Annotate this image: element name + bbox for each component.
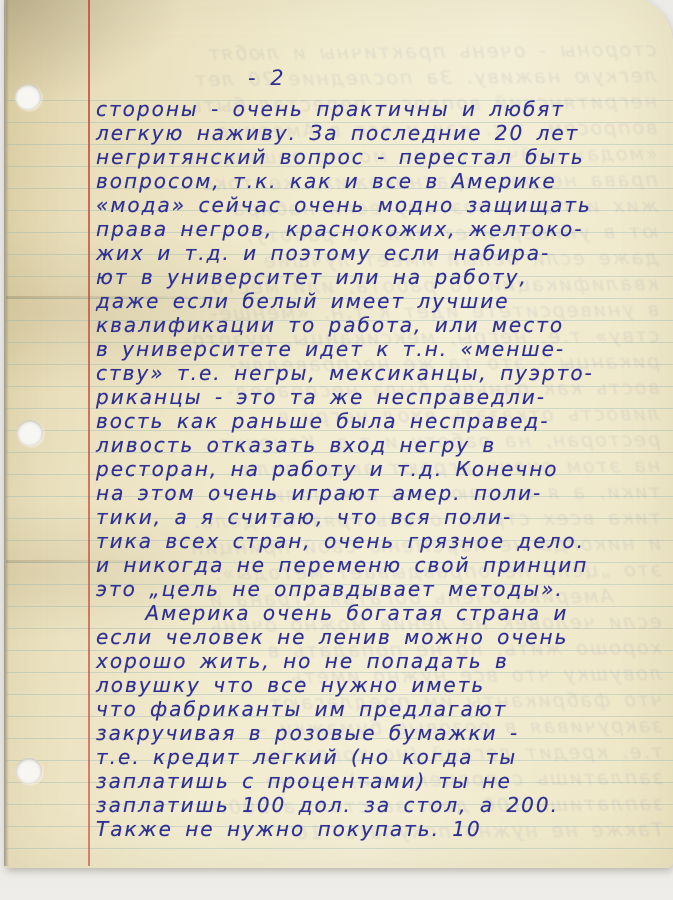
scanned-letter: стороны - очень практичны и любятлегкую … (0, 0, 673, 900)
handwritten-line: закручивая в розовые бумажки - (96, 722, 668, 746)
handwritten-line: на этом очень играют амер. поли- (96, 482, 668, 506)
handwritten-line: ют в университет или на работу, (96, 266, 668, 290)
handwritten-line: хорошо жить, но не попадать в (96, 650, 668, 674)
handwritten-line: заплатишь с процентами) ты не (96, 770, 668, 794)
handwritten-line: т.е. кредит легкий (но когда ты (96, 746, 668, 770)
handwritten-line: тика всех стран, очень грязное дело. (96, 530, 668, 554)
handwritten-line: права негров, краснокожих, желтоко- (96, 218, 668, 242)
handwritten-line: это „цель не оправдывает методы». (96, 578, 668, 602)
handwritten-line: что фабриканты им предлагают (96, 698, 668, 722)
handwritten-line: ловушку что все нужно иметь (96, 674, 668, 698)
handwritten-line: тики, а я считаю, что вся поли- (96, 506, 668, 530)
handwritten-line: легкую наживу. За последние 20 лет (96, 122, 668, 146)
handwritten-line: риканцы - это та же несправедли- (96, 386, 668, 410)
handwritten-line: если человек не ленив можно очень (96, 626, 668, 650)
handwritten-line: ливость отказать вход негру в (96, 434, 668, 458)
handwritten-line: Америка очень богатая страна и (96, 602, 668, 626)
handwritten-line: квалификации то работа, или место (96, 314, 668, 338)
handwriting-block: стороны - очень практичны и любятлегкую … (96, 98, 668, 842)
scanner-background (0, 866, 673, 900)
handwritten-line: в университете идет к т.н. «менше- (96, 338, 668, 362)
handwritten-line: Также не нужно покупать. 10 (96, 818, 668, 842)
page-number: - 2 (248, 66, 288, 90)
handwritten-line: ресторан, на работу и т.д. Конечно (96, 458, 668, 482)
handwritten-line: даже если белый имеет лучшие (96, 290, 668, 314)
handwritten-line: заплатишь 100 дол. за стол, а 200. (96, 794, 668, 818)
handwritten-line: «мода» сейчас очень модно защищать (96, 194, 668, 218)
handwritten-line: вопросом, т.к. как и все в Америке (96, 170, 668, 194)
handwritten-line: жих и т.д. и поэтому если набира- (96, 242, 668, 266)
handwritten-line: ству» т.е. негры, мексиканцы, пуэрто- (96, 362, 668, 386)
handwritten-line: вость как раньше была несправед- (96, 410, 668, 434)
handwritten-line: негритянский вопрос - перестал быть (96, 146, 668, 170)
handwritten-line: стороны - очень практичны и любят (96, 98, 668, 122)
handwritten-line: и никогда не переменю свой принцип (96, 554, 668, 578)
